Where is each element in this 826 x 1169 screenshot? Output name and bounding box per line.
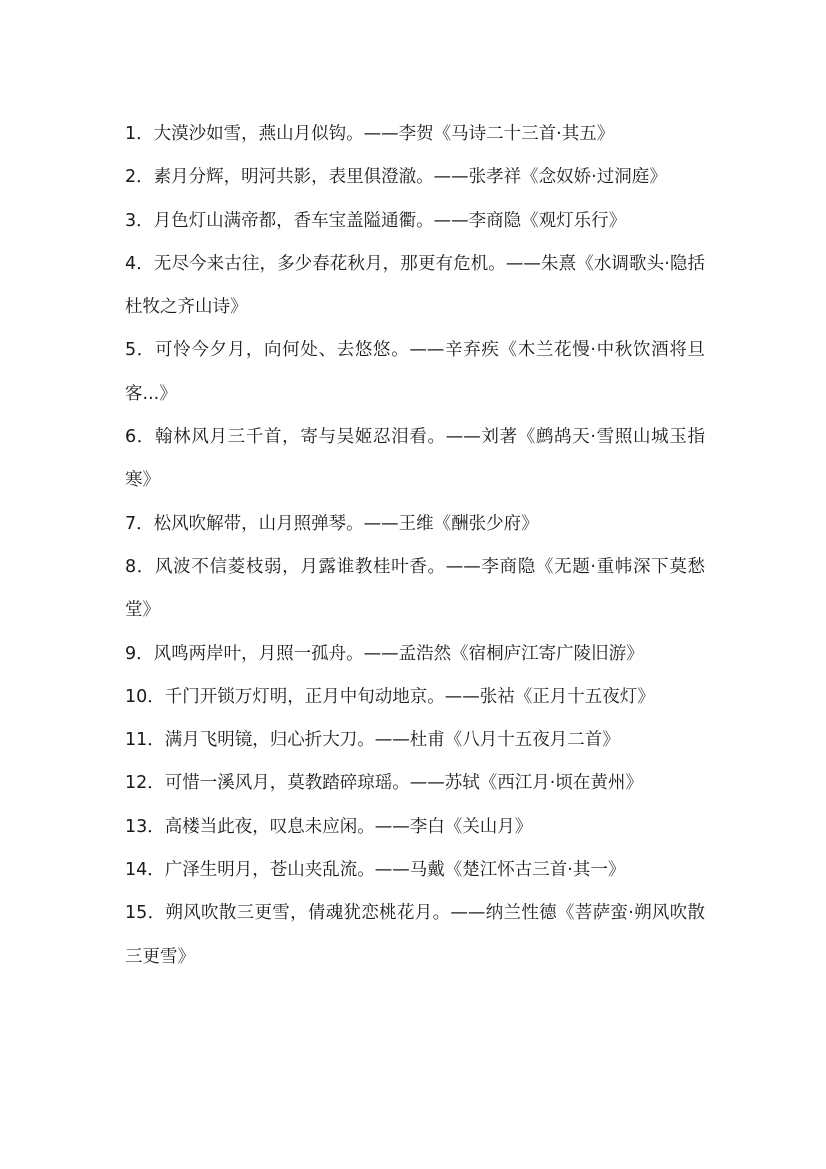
list-item: 6．翰林风月三千首，寄与吴姬忍泪看。——刘著《鹧鸪天·雪照山城玉指寒》	[125, 416, 705, 503]
list-item: 1．大漠沙如雪，燕山月似钩。——李贺《马诗二十三首·其五》	[125, 113, 705, 156]
item-text: 素月分辉，明河共影，表里俱澄澈。——张孝祥《念奴娇·过洞庭》	[154, 167, 667, 187]
item-number: 1．	[125, 124, 154, 144]
item-text: 月色灯山满帝都，香车宝盖隘通衢。——李商隐《观灯乐行》	[154, 211, 627, 231]
item-number: 8．	[125, 557, 155, 577]
list-item: 8．风波不信菱枝弱，月露谁教桂叶香。——李商隐《无题·重帏深下莫愁堂》	[125, 546, 705, 633]
document-body: 1．大漠沙如雪，燕山月似钩。——李贺《马诗二十三首·其五》 2．素月分辉，明河共…	[125, 113, 705, 979]
item-number: 3．	[125, 211, 154, 231]
item-number: 5．	[125, 340, 155, 360]
list-item: 2．素月分辉，明河共影，表里俱澄澈。——张孝祥《念奴娇·过洞庭》	[125, 156, 705, 199]
item-number: 6．	[125, 427, 155, 447]
list-item: 11．满月飞明镜，归心折大刀。——杜甫《八月十五夜月二首》	[125, 719, 705, 762]
list-item: 12．可惜一溪风月，莫教踏碎琼瑶。——苏轼《西江月·顷在黄州》	[125, 762, 705, 805]
item-text: 大漠沙如雪，燕山月似钩。——李贺《马诗二十三首·其五》	[154, 124, 615, 144]
list-item: 14．广泽生明月，苍山夹乱流。——马戴《楚江怀古三首·其一》	[125, 849, 705, 892]
item-text: 千门开锁万灯明，正月中旬动地京。——张祜《正月十五夜灯》	[165, 687, 655, 707]
item-number: 11．	[125, 730, 165, 750]
item-number: 2．	[125, 167, 154, 187]
list-item: 9．风鸣两岸叶，月照一孤舟。——孟浩然《宿桐庐江寄广陵旧游》	[125, 633, 705, 676]
list-item: 15．朔风吹散三更雪，倩魂犹恋桃花月。——纳兰性德《菩萨蛮·朔风吹散三更雪》	[125, 892, 705, 979]
item-text: 无尽今来古往，多少春花秋月，那更有危机。——朱熹《水调歌头·隐括杜牧之齐山诗》	[125, 254, 705, 317]
item-text: 可惜一溪风月，莫教踏碎琼瑶。——苏轼《西江月·顷在黄州》	[165, 773, 643, 793]
list-item: 5．可怜今夕月，向何处、去悠悠。——辛弃疾《木兰花慢·中秋饮酒将旦客...》	[125, 329, 705, 416]
item-number: 14．	[125, 860, 165, 880]
item-number: 12．	[125, 773, 165, 793]
item-text: 广泽生明月，苍山夹乱流。——马戴《楚江怀古三首·其一》	[165, 860, 626, 880]
item-number: 15．	[125, 903, 165, 923]
list-item: 3．月色灯山满帝都，香车宝盖隘通衢。——李商隐《观灯乐行》	[125, 200, 705, 243]
list-item: 4．无尽今来古往，多少春花秋月，那更有危机。——朱熹《水调歌头·隐括杜牧之齐山诗…	[125, 243, 705, 330]
item-text: 朔风吹散三更雪，倩魂犹恋桃花月。——纳兰性德《菩萨蛮·朔风吹散三更雪》	[125, 903, 705, 966]
item-text: 可怜今夕月，向何处、去悠悠。——辛弃疾《木兰花慢·中秋饮酒将旦客...》	[125, 340, 705, 403]
item-text: 满月飞明镜，归心折大刀。——杜甫《八月十五夜月二首》	[165, 730, 620, 750]
item-text: 松风吹解带，山月照弹琴。——王维《酬张少府》	[154, 514, 539, 534]
list-item: 13．高楼当此夜，叹息未应闲。——李白《关山月》	[125, 806, 705, 849]
item-text: 高楼当此夜，叹息未应闲。——李白《关山月》	[165, 817, 533, 837]
item-number: 7．	[125, 514, 154, 534]
list-item: 7．松风吹解带，山月照弹琴。——王维《酬张少府》	[125, 503, 705, 546]
item-number: 9．	[125, 644, 154, 664]
item-text: 风鸣两岸叶，月照一孤舟。——孟浩然《宿桐庐江寄广陵旧游》	[154, 644, 644, 664]
list-item: 10．千门开锁万灯明，正月中旬动地京。——张祜《正月十五夜灯》	[125, 676, 705, 719]
item-number: 10．	[125, 687, 165, 707]
item-number: 13．	[125, 817, 165, 837]
item-number: 4．	[125, 254, 154, 274]
item-text: 翰林风月三千首，寄与吴姬忍泪看。——刘著《鹧鸪天·雪照山城玉指寒》	[125, 427, 705, 490]
item-text: 风波不信菱枝弱，月露谁教桂叶香。——李商隐《无题·重帏深下莫愁堂》	[125, 557, 705, 620]
